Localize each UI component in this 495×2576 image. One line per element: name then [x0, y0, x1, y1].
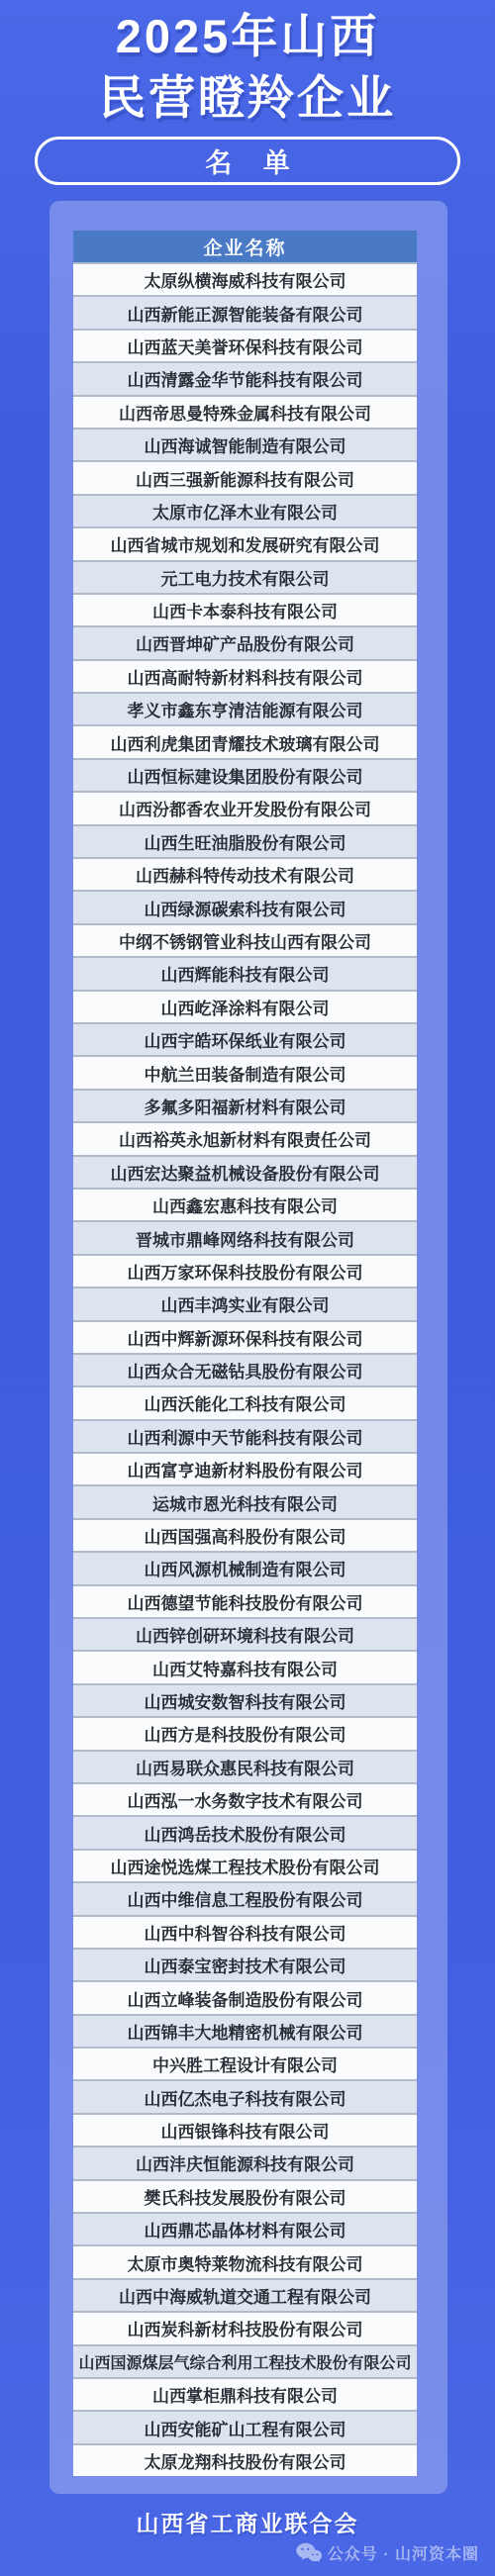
table-row: 山西易联众惠民科技有限公司: [73, 1750, 417, 1782]
table-row: 太原市奥特莱物流科技有限公司: [73, 2244, 417, 2277]
table-row: 山西德望节能科技股份有限公司: [73, 1584, 417, 1617]
watermark: 公众号 · 山河资本圈: [296, 2541, 479, 2564]
company-name: 太原纵横海威科技有限公司: [145, 267, 346, 292]
table-row: 山西万家环保科技股份有限公司: [73, 1254, 417, 1287]
table-row: 晋城市鼎峰网络科技有限公司: [73, 1220, 417, 1253]
table-row: 山西利源中天节能科技有限公司: [73, 1419, 417, 1452]
table-row: 山西屹泽涂料有限公司: [73, 990, 417, 1022]
company-table: 企业名称 太原纵横海威科技有限公司山西新能正源智能装备有限公司山西蓝天美誉环保科…: [73, 231, 417, 2476]
company-name: 山西中辉新源环保科技有限公司: [128, 1325, 363, 1350]
company-name: 运城市恩光科技有限公司: [152, 1490, 338, 1515]
company-name: 山西新能正源智能装备有限公司: [128, 301, 363, 326]
table-row: 山西城安数智科技有限公司: [73, 1683, 417, 1716]
footer-organization: 山西省工商业联合会: [0, 2506, 495, 2538]
table-row: 山西银锋科技有限公司: [73, 2113, 417, 2146]
company-name: 山西方是科技股份有限公司: [145, 1721, 346, 1746]
table-header: 企业名称: [73, 231, 417, 262]
table-row: 山西高耐特新材料科技有限公司: [73, 659, 417, 692]
table-row: 山西途悦选煤工程技术股份有限公司: [73, 1849, 417, 1881]
company-name: 山西蓝天美誉环保科技有限公司: [128, 334, 363, 358]
table-row: 中兴胜工程设计有限公司: [73, 2047, 417, 2079]
table-row: 太原纵横海威科技有限公司: [73, 262, 417, 295]
company-name: 山西汾都香农业开发股份有限公司: [119, 796, 371, 820]
company-name: 山西安能矿山工程有限公司: [145, 2416, 346, 2440]
table-row: 元工电力技术有限公司: [73, 560, 417, 593]
company-name: 山西中海威轨道交通工程有限公司: [119, 2283, 371, 2308]
company-name: 山西掌柜鼎科技有限公司: [152, 2382, 338, 2407]
table-row: 多氟多阳福新材料有限公司: [73, 1089, 417, 1121]
company-name: 太原龙翔科技股份有限公司: [145, 2448, 346, 2473]
company-name: 中纲不锈钢管业科技山西有限公司: [119, 928, 371, 953]
table-row: 山西帝思曼特殊金属科技有限公司: [73, 395, 417, 428]
company-name: 山西三强新能源科技有限公司: [136, 466, 354, 491]
table-row: 樊氏科技发展股份有限公司: [73, 2179, 417, 2212]
company-name: 樊氏科技发展股份有限公司: [145, 2184, 346, 2209]
table-row: 山西锌创研环境科技有限公司: [73, 1617, 417, 1650]
company-name: 山西泓一水务数字技术有限公司: [128, 1787, 363, 1812]
company-table-body: 太原纵横海威科技有限公司山西新能正源智能装备有限公司山西蓝天美誉环保科技有限公司…: [73, 262, 417, 2476]
table-row: 山西安能矿山工程有限公司: [73, 2410, 417, 2442]
table-row: 山西赫科特传动技术有限公司: [73, 857, 417, 890]
table-row: 山西亿杰电子科技有限公司: [73, 2079, 417, 2112]
company-name: 山西卡本泰科技有限公司: [152, 598, 338, 622]
company-name: 山西丰鸿实业有限公司: [161, 1291, 330, 1316]
table-row: 山西蓝天美誉环保科技有限公司: [73, 329, 417, 361]
company-name: 山西锦丰大地精密机械有限公司: [128, 2019, 363, 2044]
table-row: 山西艾特嘉科技有限公司: [73, 1650, 417, 1682]
company-name: 山西鸿岳技术股份有限公司: [145, 1821, 346, 1846]
table-row: 山西绿源碳索科技有限公司: [73, 890, 417, 922]
table-row: 山西利虎集团青耀技术玻璃有限公司: [73, 724, 417, 757]
table-row: 山西卡本泰科技有限公司: [73, 593, 417, 625]
table-row: 山西富亨迪新材料股份有限公司: [73, 1452, 417, 1484]
company-name: 山西海诚智能制造有限公司: [145, 432, 346, 457]
company-name: 山西立峰装备制造股份有限公司: [128, 1986, 363, 2011]
company-name: 山西富亨迪新材料股份有限公司: [128, 1457, 363, 1481]
company-name: 山西裕英永旭新材料有限责任公司: [119, 1126, 371, 1151]
table-row: 山西掌柜鼎科技有限公司: [73, 2377, 417, 2410]
table-row: 山西泰宝密封技术有限公司: [73, 1948, 417, 1980]
company-name: 山西亿杰电子科技有限公司: [145, 2085, 346, 2110]
company-name: 山西恒标建设集团股份有限公司: [128, 763, 363, 788]
table-row: 山西中海威轨道交通工程有限公司: [73, 2278, 417, 2311]
company-name: 山西国强高科股份有限公司: [145, 1523, 346, 1548]
company-name: 山西赫科特传动技术有限公司: [136, 862, 354, 887]
table-row: 山西中科智谷科技有限公司: [73, 1915, 417, 1948]
company-name: 山西易联众惠民科技有限公司: [136, 1755, 354, 1779]
company-name: 山西鑫宏惠科技有限公司: [152, 1193, 338, 1217]
company-name: 山西宇皓环保纸业有限公司: [145, 1027, 346, 1052]
company-name: 山西利虎集团青耀技术玻璃有限公司: [111, 730, 380, 755]
table-row: 山西国源煤层气综合利用工程技术股份有限公司: [73, 2344, 417, 2377]
company-name: 山西银锋科技有限公司: [161, 2118, 330, 2143]
company-name: 山西泰宝密封技术有限公司: [145, 1953, 346, 1977]
company-name: 山西沣庆恒能源科技有限公司: [136, 2150, 354, 2175]
wechat-icon: [296, 2542, 322, 2563]
table-row: 中纲不锈钢管业科技山西有限公司: [73, 923, 417, 956]
table-row: 中航兰田装备制造有限公司: [73, 1055, 417, 1088]
company-name: 太原市奥特莱物流科技有限公司: [128, 2250, 363, 2275]
company-name: 山西辉能科技有限公司: [161, 961, 330, 986]
table-row: 山西众合无磁钻具股份有限公司: [73, 1353, 417, 1385]
table-row: 山西国强高科股份有限公司: [73, 1518, 417, 1551]
table-row: 山西裕英永旭新材料有限责任公司: [73, 1121, 417, 1154]
company-name: 山西城安数智科技有限公司: [145, 1688, 346, 1713]
table-row: 山西鑫宏惠科技有限公司: [73, 1188, 417, 1220]
company-name: 山西鼎芯晶体材料有限公司: [145, 2217, 346, 2242]
table-row: 山西省城市规划和发展研究有限公司: [73, 526, 417, 559]
company-name: 中航兰田装备制造有限公司: [145, 1061, 346, 1086]
table-row: 山西炭科新材科技股份有限公司: [73, 2311, 417, 2343]
page-title-line1: 2025年山西: [0, 6, 495, 67]
table-row: 山西晋坤矿产品股份有限公司: [73, 625, 417, 658]
company-name: 山西中维信息工程股份有限公司: [128, 1886, 363, 1911]
company-name: 多氟多阳福新材料有限公司: [145, 1094, 346, 1118]
table-row: 山西立峰装备制造股份有限公司: [73, 1980, 417, 2013]
table-row: 山西鸿岳技术股份有限公司: [73, 1815, 417, 1848]
company-name: 山西锌创研环境科技有限公司: [136, 1622, 354, 1647]
table-row: 山西丰鸿实业有限公司: [73, 1287, 417, 1319]
company-name: 山西众合无磁钻具股份有限公司: [128, 1358, 363, 1383]
company-name: 山西艾特嘉科技有限公司: [152, 1656, 338, 1680]
table-row: 运城市恩光科技有限公司: [73, 1484, 417, 1517]
company-name: 太原市亿泽木业有限公司: [152, 499, 338, 524]
company-name: 山西清露金华节能科技有限公司: [128, 366, 363, 391]
company-name: 元工电力技术有限公司: [161, 565, 330, 590]
table-row: 山西中维信息工程股份有限公司: [73, 1881, 417, 1914]
company-name: 山西德望节能科技股份有限公司: [128, 1589, 363, 1614]
company-name: 孝义市鑫东亨清洁能源有限公司: [128, 697, 363, 721]
company-name: 山西屹泽涂料有限公司: [161, 995, 330, 1019]
company-name: 山西万家环保科技股份有限公司: [128, 1259, 363, 1284]
table-row: 太原龙翔科技股份有限公司: [73, 2443, 417, 2476]
company-name: 山西国源煤层气综合利用工程技术股份有限公司: [78, 2350, 411, 2373]
table-row: 山西海诚智能制造有限公司: [73, 428, 417, 460]
table-row: 山西锦丰大地精密机械有限公司: [73, 2014, 417, 2047]
table-row: 山西泓一水务数字技术有限公司: [73, 1782, 417, 1815]
company-name: 山西途悦选煤工程技术股份有限公司: [111, 1854, 380, 1878]
page-title: 2025年山西 民营瞪羚企业: [0, 6, 495, 129]
table-row: 山西沃能化工科技有限公司: [73, 1385, 417, 1418]
company-name: 山西利源中天节能科技有限公司: [128, 1424, 363, 1449]
table-row: 山西风源机械制造有限公司: [73, 1551, 417, 1583]
table-row: 山西沣庆恒能源科技有限公司: [73, 2146, 417, 2178]
table-row: 山西恒标建设集团股份有限公司: [73, 758, 417, 791]
table-row: 山西方是科技股份有限公司: [73, 1716, 417, 1749]
table-row: 山西汾都香农业开发股份有限公司: [73, 791, 417, 823]
table-header-label: 企业名称: [203, 234, 286, 260]
table-row: 孝义市鑫东亨清洁能源有限公司: [73, 692, 417, 724]
table-row: 太原市亿泽木业有限公司: [73, 494, 417, 526]
company-name: 山西晋坤矿产品股份有限公司: [136, 630, 354, 655]
company-name: 山西绿源碳索科技有限公司: [145, 896, 346, 920]
company-name: 中兴胜工程设计有限公司: [152, 2051, 338, 2076]
table-row: 山西生旺油脂股份有限公司: [73, 824, 417, 857]
table-row: 山西辉能科技有限公司: [73, 956, 417, 989]
subtitle-badge: 名 单: [35, 137, 460, 185]
company-name: 山西中科智谷科技有限公司: [145, 1920, 346, 1945]
table-row: 山西新能正源智能装备有限公司: [73, 295, 417, 328]
company-name: 晋城市鼎峰网络科技有限公司: [136, 1226, 354, 1251]
company-name: 山西帝思曼特殊金属科技有限公司: [119, 400, 371, 425]
table-row: 山西三强新能源科技有限公司: [73, 460, 417, 493]
company-name: 山西宏达聚益机械设备股份有限公司: [111, 1160, 380, 1185]
company-name: 山西省城市规划和发展研究有限公司: [111, 531, 380, 556]
subtitle-label: 名 单: [193, 142, 302, 180]
watermark-text: 公众号 · 山河资本圈: [328, 2541, 479, 2564]
table-row: 山西清露金华节能科技有限公司: [73, 361, 417, 394]
table-row: 山西中辉新源环保科技有限公司: [73, 1320, 417, 1353]
company-name: 山西高耐特新材料科技有限公司: [128, 664, 363, 689]
table-row: 山西鼎芯晶体材料有限公司: [73, 2212, 417, 2244]
table-row: 山西宇皓环保纸业有限公司: [73, 1022, 417, 1055]
company-name: 山西生旺油脂股份有限公司: [145, 829, 346, 854]
company-name: 山西沃能化工科技有限公司: [145, 1390, 346, 1415]
company-name: 山西炭科新材科技股份有限公司: [128, 2316, 363, 2340]
company-name: 山西风源机械制造有限公司: [145, 1556, 346, 1580]
page-title-line2: 民营瞪羚企业: [0, 67, 495, 129]
table-row: 山西宏达聚益机械设备股份有限公司: [73, 1155, 417, 1188]
